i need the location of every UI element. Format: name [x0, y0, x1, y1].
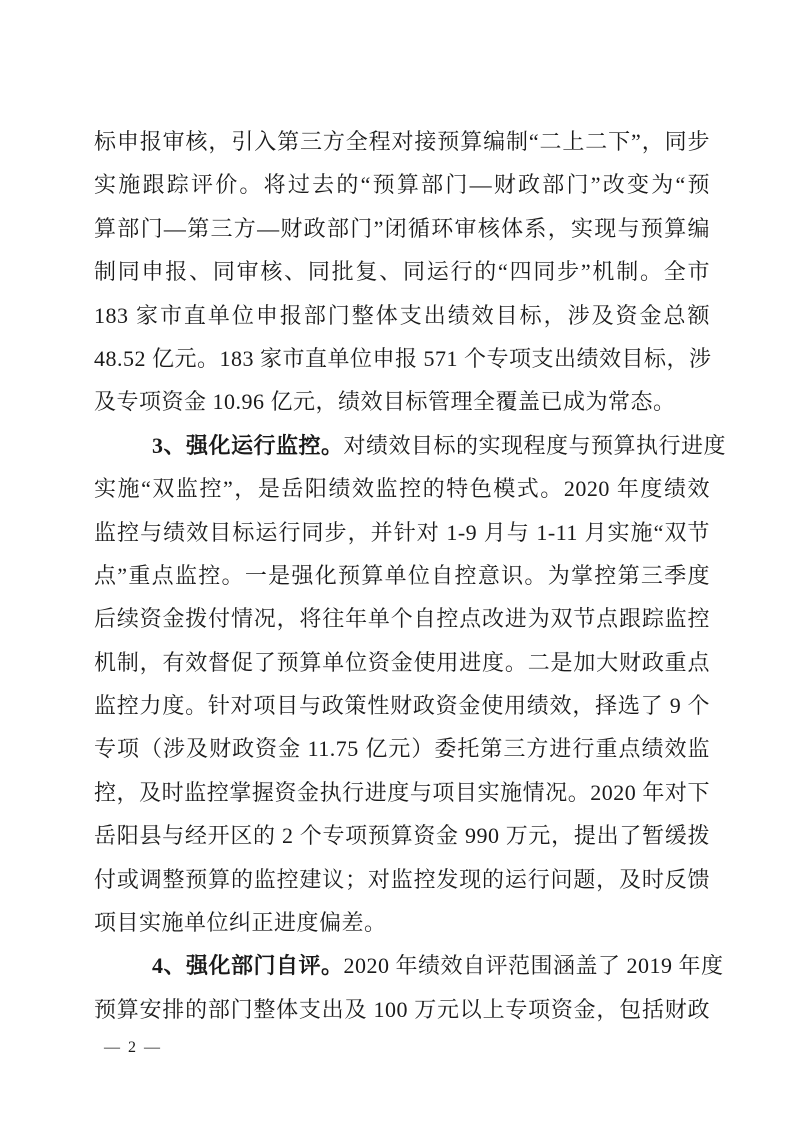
- text-line: 实施跟踪评价。将过去的“预算部门—财政部门”改变为“预: [94, 163, 710, 206]
- text-line: 算部门—第三方—财政部门”闭循环审核体系，实现与预算编: [94, 207, 710, 250]
- text-line: 专项（涉及财政资金 11.75 亿元）委托第三方进行重点绩效监: [94, 727, 710, 770]
- text-line: 点”重点监控。一是强化预算单位自控意识。为掌控第三季度: [94, 554, 710, 597]
- text-line: 预算安排的部门整体支出及 100 万元以上专项资金，包括财政: [94, 988, 710, 1031]
- page-number: — 2 —: [104, 1038, 162, 1058]
- section-heading-line: 3、强化运行监控。对绩效目标的实现程度与预算执行进度: [94, 424, 710, 467]
- text-line: 48.52 亿元。183 家市直单位申报 571 个专项支出绩效目标，涉: [94, 337, 710, 380]
- text-line: 机制，有效督促了预算单位资金使用进度。二是加大财政重点: [94, 641, 710, 684]
- section-heading-4: 4、强化部门自评。: [152, 953, 344, 978]
- section-heading-4-rest: 2020 年绩效自评范围涵盖了 2019 年度: [344, 953, 724, 978]
- section-heading-3: 3、强化运行监控。: [152, 433, 344, 458]
- paragraph-last-line: 项目实施单位纠正进度偏差。: [94, 901, 710, 944]
- text-line: 标申报审核，引入第三方全程对接预算编制“二上二下”，同步: [94, 120, 710, 163]
- paragraph-last-line: 及专项资金 10.96 亿元，绩效目标管理全覆盖已成为常态。: [94, 380, 710, 423]
- text-line: 控，及时监控掌握资金执行进度与项目实施情况。2020 年对下: [94, 771, 710, 814]
- text-line: 后续资金拨付情况，将往年单个自控点改进为双节点跟踪监控: [94, 597, 710, 640]
- document-page: 标申报审核，引入第三方全程对接预算编制“二上二下”，同步 实施跟踪评价。将过去的…: [0, 0, 793, 1122]
- section-heading-3-rest: 对绩效目标的实现程度与预算执行进度: [344, 433, 727, 458]
- section-heading-line: 4、强化部门自评。2020 年绩效自评范围涵盖了 2019 年度: [94, 944, 710, 987]
- body-text-block: 标申报审核，引入第三方全程对接预算编制“二上二下”，同步 实施跟踪评价。将过去的…: [94, 120, 710, 1031]
- text-line: 监控力度。针对项目与政策性财政资金使用绩效，择选了 9 个: [94, 684, 710, 727]
- text-line: 岳阳县与经开区的 2 个专项预算资金 990 万元，提出了暂缓拨: [94, 814, 710, 857]
- text-line: 监控与绩效目标运行同步，并针对 1-9 月与 1-11 月实施“双节: [94, 511, 710, 554]
- text-line: 实施“双监控”，是岳阳绩效监控的特色模式。2020 年度绩效: [94, 467, 710, 510]
- text-line: 183 家市直单位申报部门整体支出绩效目标，涉及资金总额: [94, 294, 710, 337]
- text-line: 制同申报、同审核、同批复、同运行的“四同步”机制。全市: [94, 250, 710, 293]
- text-line: 付或调整预算的监控建议；对监控发现的运行问题，及时反馈: [94, 858, 710, 901]
